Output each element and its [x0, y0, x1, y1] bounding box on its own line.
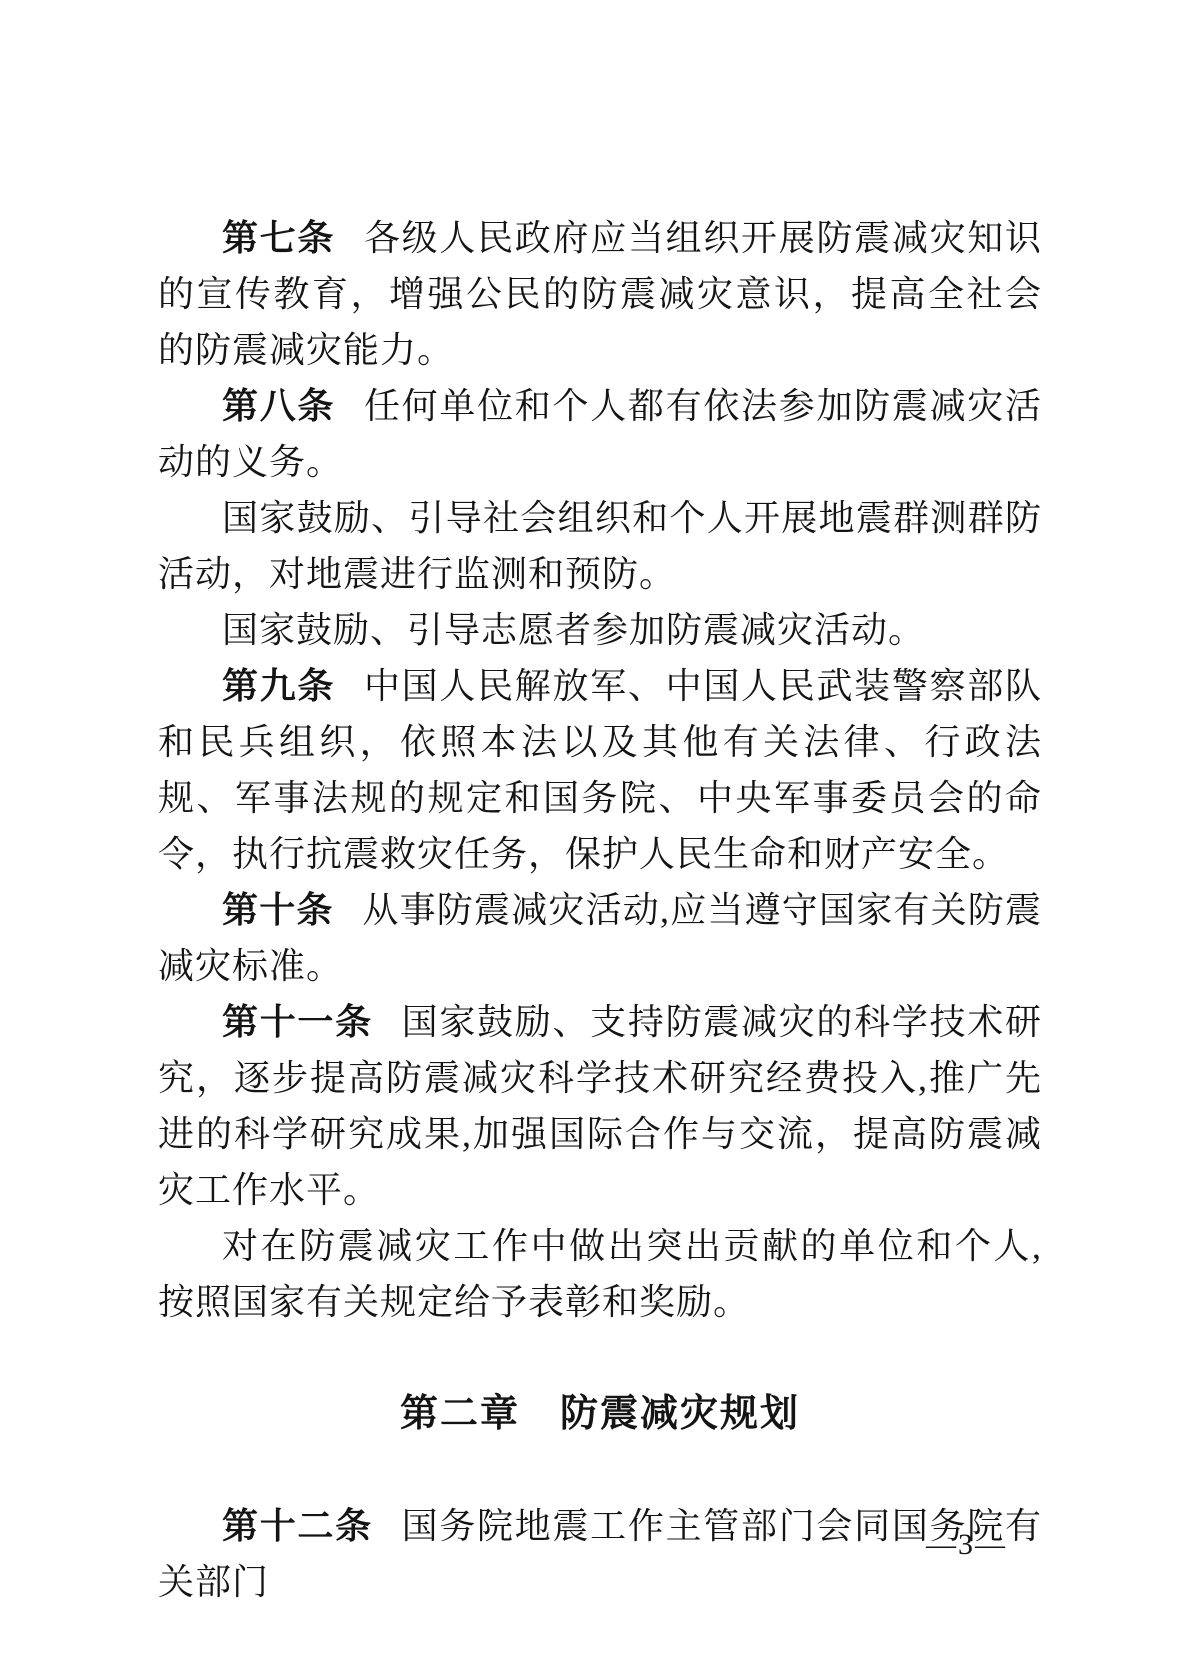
article-11-sub-1-text: 对在防震减灾工作中做出突出贡献的单位和个人,按照国家有关规定给予表彰和奖励。	[158, 1226, 1042, 1322]
para-article-10: 第十条从事防震减灾活动,应当遵守国家有关防震减灾标准。	[158, 882, 1042, 994]
para-article-9: 第九条中国人民解放军、中国人民武装警察部队和民兵组织，依照本法以及其他有关法律、…	[158, 658, 1042, 882]
para-article-8-sub-2: 国家鼓励、引导志愿者参加防震减灾活动。	[158, 602, 1042, 658]
article-10-label: 第十条	[222, 889, 334, 930]
article-8-sub-1-text: 国家鼓励、引导社会组织和个人开展地震群测群防活动，对地震进行监测和预防。	[158, 498, 1042, 594]
chapter-2-heading: 第二章 防震减灾规划	[158, 1386, 1042, 1442]
para-article-12: 第十二条国务院地震工作主管部门会同国务院有关部门	[158, 1498, 1042, 1610]
page-number: —3—	[926, 1528, 1007, 1562]
para-article-7: 第七条各级人民政府应当组织开展防震减灾知识的宣传教育，增强公民的防震减灾意识，提…	[158, 210, 1042, 378]
document-page: 第七条各级人民政府应当组织开展防震减灾知识的宣传教育，增强公民的防震减灾意识，提…	[0, 0, 1185, 1678]
para-article-8-sub-1: 国家鼓励、引导社会组织和个人开展地震群测群防活动，对地震进行监测和预防。	[158, 490, 1042, 602]
article-7-label: 第七条	[222, 217, 335, 258]
article-8-label: 第八条	[222, 385, 335, 426]
para-article-11: 第十一条国家鼓励、支持防震减灾的科学技术研究，逐步提高防震减灾科学技术研究经费投…	[158, 994, 1042, 1218]
article-8-sub-2-text: 国家鼓励、引导志愿者参加防震减灾活动。	[222, 610, 925, 650]
article-11-label: 第十一条	[222, 1001, 373, 1042]
article-9-label: 第九条	[222, 665, 335, 706]
article-12-label: 第十二条	[222, 1505, 373, 1546]
document-body: 第七条各级人民政府应当组织开展防震减灾知识的宣传教育，增强公民的防震减灾意识，提…	[158, 210, 1042, 1610]
para-article-11-sub-1: 对在防震减灾工作中做出突出贡献的单位和个人,按照国家有关规定给予表彰和奖励。	[158, 1218, 1042, 1330]
para-article-8: 第八条任何单位和个人都有依法参加防震减灾活动的义务。	[158, 378, 1042, 490]
